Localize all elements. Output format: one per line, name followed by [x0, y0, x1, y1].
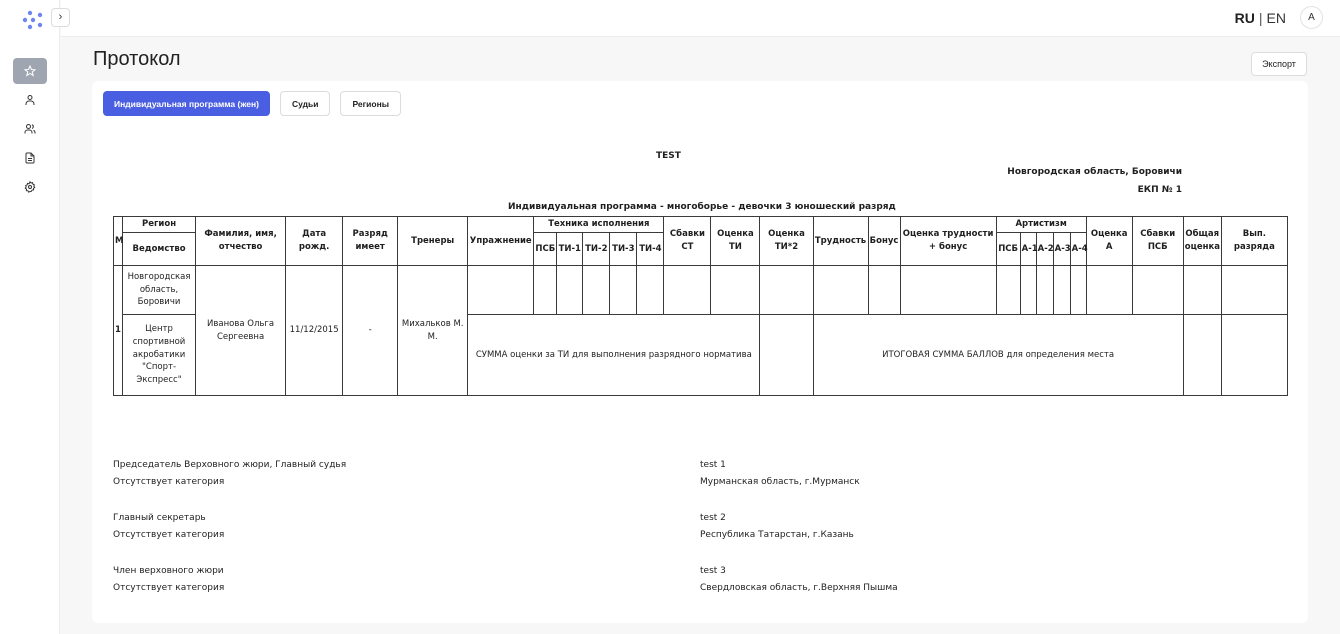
- sidebar-nav: [13, 58, 47, 203]
- col-rank: Разряд имеет: [343, 217, 398, 266]
- col-score-ti2: Оценка ТИ*2: [760, 217, 813, 266]
- cell-rank-done-final: [1221, 315, 1287, 396]
- star-icon: [24, 65, 36, 77]
- cell-total: [1183, 266, 1221, 315]
- col-tech-psb: ПСБ: [534, 233, 557, 266]
- col-ti-4: ТИ-4: [637, 233, 664, 266]
- cell-total-final: [1183, 315, 1221, 396]
- col-score-a: Оценка А: [1086, 217, 1132, 266]
- signature-location: Республика Татарстан, г.Казань: [700, 527, 854, 544]
- protocol-ekp: ЕКП № 1: [1138, 185, 1182, 195]
- col-a-4: А-4: [1070, 233, 1086, 266]
- cell-difficulty: [813, 266, 868, 315]
- protocol-region: Новгородская область, Боровичи: [1007, 167, 1182, 177]
- cell-difficulty-bonus: [900, 266, 996, 315]
- cell-total-sum: ИТОГОВАЯ СУММА БАЛЛОВ для определения ме…: [813, 315, 1183, 396]
- signature-category: Отсутствует категория: [113, 474, 346, 491]
- signature-role: Председатель Верховного жюри, Главный су…: [113, 457, 346, 474]
- cell-rank: -: [343, 266, 398, 396]
- page-title: Протокол: [93, 48, 181, 71]
- signature-row: Председатель Верховного жюри, Главный су…: [113, 457, 1293, 510]
- col-total: Общая оценка: [1183, 217, 1221, 266]
- col-deductions-psb: Сбавки ПСБ: [1132, 217, 1183, 266]
- cell-birth: 11/12/2015: [286, 266, 343, 396]
- sidebar: [0, 0, 60, 634]
- protocol-program: Индивидуальная программа - многоборье - …: [508, 202, 896, 212]
- col-a-1: А-1: [1020, 233, 1036, 266]
- signature-category: Отсутствует категория: [113, 580, 224, 597]
- protocol-table: М Регион Фамилия, имя, отчество Дата рож…: [113, 216, 1288, 396]
- signature-location: Мурманская область, г.Мурманск: [700, 474, 860, 491]
- sidebar-toggle-button[interactable]: ›: [51, 8, 70, 27]
- col-deductions-ct: Сбавки СТ: [664, 217, 711, 266]
- cell-a-1: [1020, 266, 1036, 315]
- cell-place: 1: [114, 266, 123, 396]
- cell-deductions-psb: [1132, 266, 1183, 315]
- table-header-row: М Регион Фамилия, имя, отчество Дата рож…: [114, 217, 1288, 233]
- col-place: М: [114, 217, 123, 266]
- col-difficulty-bonus: Оценка трудности + бонус: [900, 217, 996, 266]
- cell-department: Центр спортивной акробатики "Спорт-Экспр…: [123, 315, 196, 396]
- col-name: Фамилия, имя, отчество: [196, 217, 286, 266]
- cell-rank-done: [1221, 266, 1287, 315]
- signature-name: test 2: [700, 510, 854, 527]
- signature-row: Главный секретарь Отсутствует категория …: [113, 510, 1293, 563]
- signature-category: Отсутствует категория: [113, 527, 224, 544]
- users-icon: [24, 123, 36, 135]
- cell-ti-4: [637, 266, 664, 315]
- cell-name: Иванова Ольга Сергеевна: [196, 266, 286, 396]
- sidebar-item-users[interactable]: [13, 116, 47, 142]
- cell-deductions-ct: [664, 266, 711, 315]
- col-ti-1: ТИ-1: [557, 233, 583, 266]
- col-department: Ведомство: [123, 233, 196, 266]
- cell-ti-1: [557, 266, 583, 315]
- tab-regions[interactable]: Регионы: [340, 91, 401, 116]
- sidebar-item-settings[interactable]: [13, 174, 47, 200]
- logo-icon[interactable]: [22, 9, 44, 31]
- cell-sum-ti: СУММА оценки за ТИ для выполнения разряд…: [468, 315, 760, 396]
- cell-exercise: [468, 266, 534, 315]
- language-switcher: RU|EN: [1235, 10, 1286, 26]
- col-exercise: Упражнение: [468, 217, 534, 266]
- signature-role: Член верховного жюри: [113, 563, 224, 580]
- signature-role: Главный секретарь: [113, 510, 224, 527]
- cell-sum-ti2: [760, 315, 813, 396]
- col-art-psb: ПСБ: [996, 233, 1020, 266]
- protocol-title: TEST: [656, 151, 681, 161]
- signatures: Председатель Верховного жюри, Главный су…: [113, 457, 1293, 616]
- cell-bonus: [868, 266, 900, 315]
- col-ti-2: ТИ-2: [583, 233, 610, 266]
- cell-ti-2: [583, 266, 610, 315]
- gear-icon: [24, 181, 36, 193]
- cell-art-psb: [996, 266, 1020, 315]
- col-artistry: Артистизм: [996, 217, 1086, 233]
- cell-region: Новгородская область, Боровичи: [123, 266, 196, 315]
- cell-score-a: [1086, 266, 1132, 315]
- lang-ru-link[interactable]: RU: [1235, 10, 1255, 26]
- tab-bar: Индивидуальная программа (жен) Судьи Рег…: [103, 91, 401, 116]
- col-rank-done: Вып. разряда: [1221, 217, 1287, 266]
- col-a-2: А-2: [1036, 233, 1053, 266]
- col-region: Регион: [123, 217, 196, 233]
- col-ti-3: ТИ-3: [610, 233, 637, 266]
- sidebar-item-favorites[interactable]: [13, 58, 47, 84]
- col-score-ti: Оценка ТИ: [711, 217, 760, 266]
- tab-judges[interactable]: Судьи: [280, 91, 331, 116]
- col-bonus: Бонус: [868, 217, 900, 266]
- cell-score-ti2: [760, 266, 813, 315]
- signature-location: Свердловская область, г.Верхняя Пышма: [700, 580, 898, 597]
- cell-score-ti: [711, 266, 760, 315]
- top-bar: RU|EN A: [61, 0, 1340, 37]
- col-a-3: А-3: [1053, 233, 1070, 266]
- cell-a-2: [1036, 266, 1053, 315]
- cell-ti-3: [610, 266, 637, 315]
- col-birth: Дата рожд.: [286, 217, 343, 266]
- cell-tech-psb: [534, 266, 557, 315]
- lang-en-link[interactable]: EN: [1267, 10, 1286, 26]
- signature-row: Член верховного жюри Отсутствует категор…: [113, 563, 1293, 616]
- signature-name: test 1: [700, 457, 860, 474]
- table-row: 1 Новгородская область, Боровичи Иванова…: [114, 266, 1288, 315]
- cell-a-4: [1070, 266, 1086, 315]
- export-button[interactable]: Экспорт: [1251, 52, 1307, 76]
- protocol-card: Индивидуальная программа (жен) Судьи Рег…: [92, 81, 1308, 623]
- avatar[interactable]: A: [1300, 6, 1323, 29]
- user-icon: [24, 94, 36, 106]
- col-technique: Техника исполнения: [534, 217, 664, 233]
- lang-separator: |: [1259, 10, 1263, 26]
- signature-name: test 3: [700, 563, 898, 580]
- cell-a-3: [1053, 266, 1070, 315]
- tab-individual-program[interactable]: Индивидуальная программа (жен): [103, 91, 270, 116]
- cell-coaches: Михальков М. М.: [398, 266, 468, 396]
- col-difficulty: Трудность: [813, 217, 868, 266]
- sidebar-item-profile[interactable]: [13, 87, 47, 113]
- col-coaches: Тренеры: [398, 217, 468, 266]
- sidebar-item-documents[interactable]: [13, 145, 47, 171]
- document-icon: [24, 152, 36, 164]
